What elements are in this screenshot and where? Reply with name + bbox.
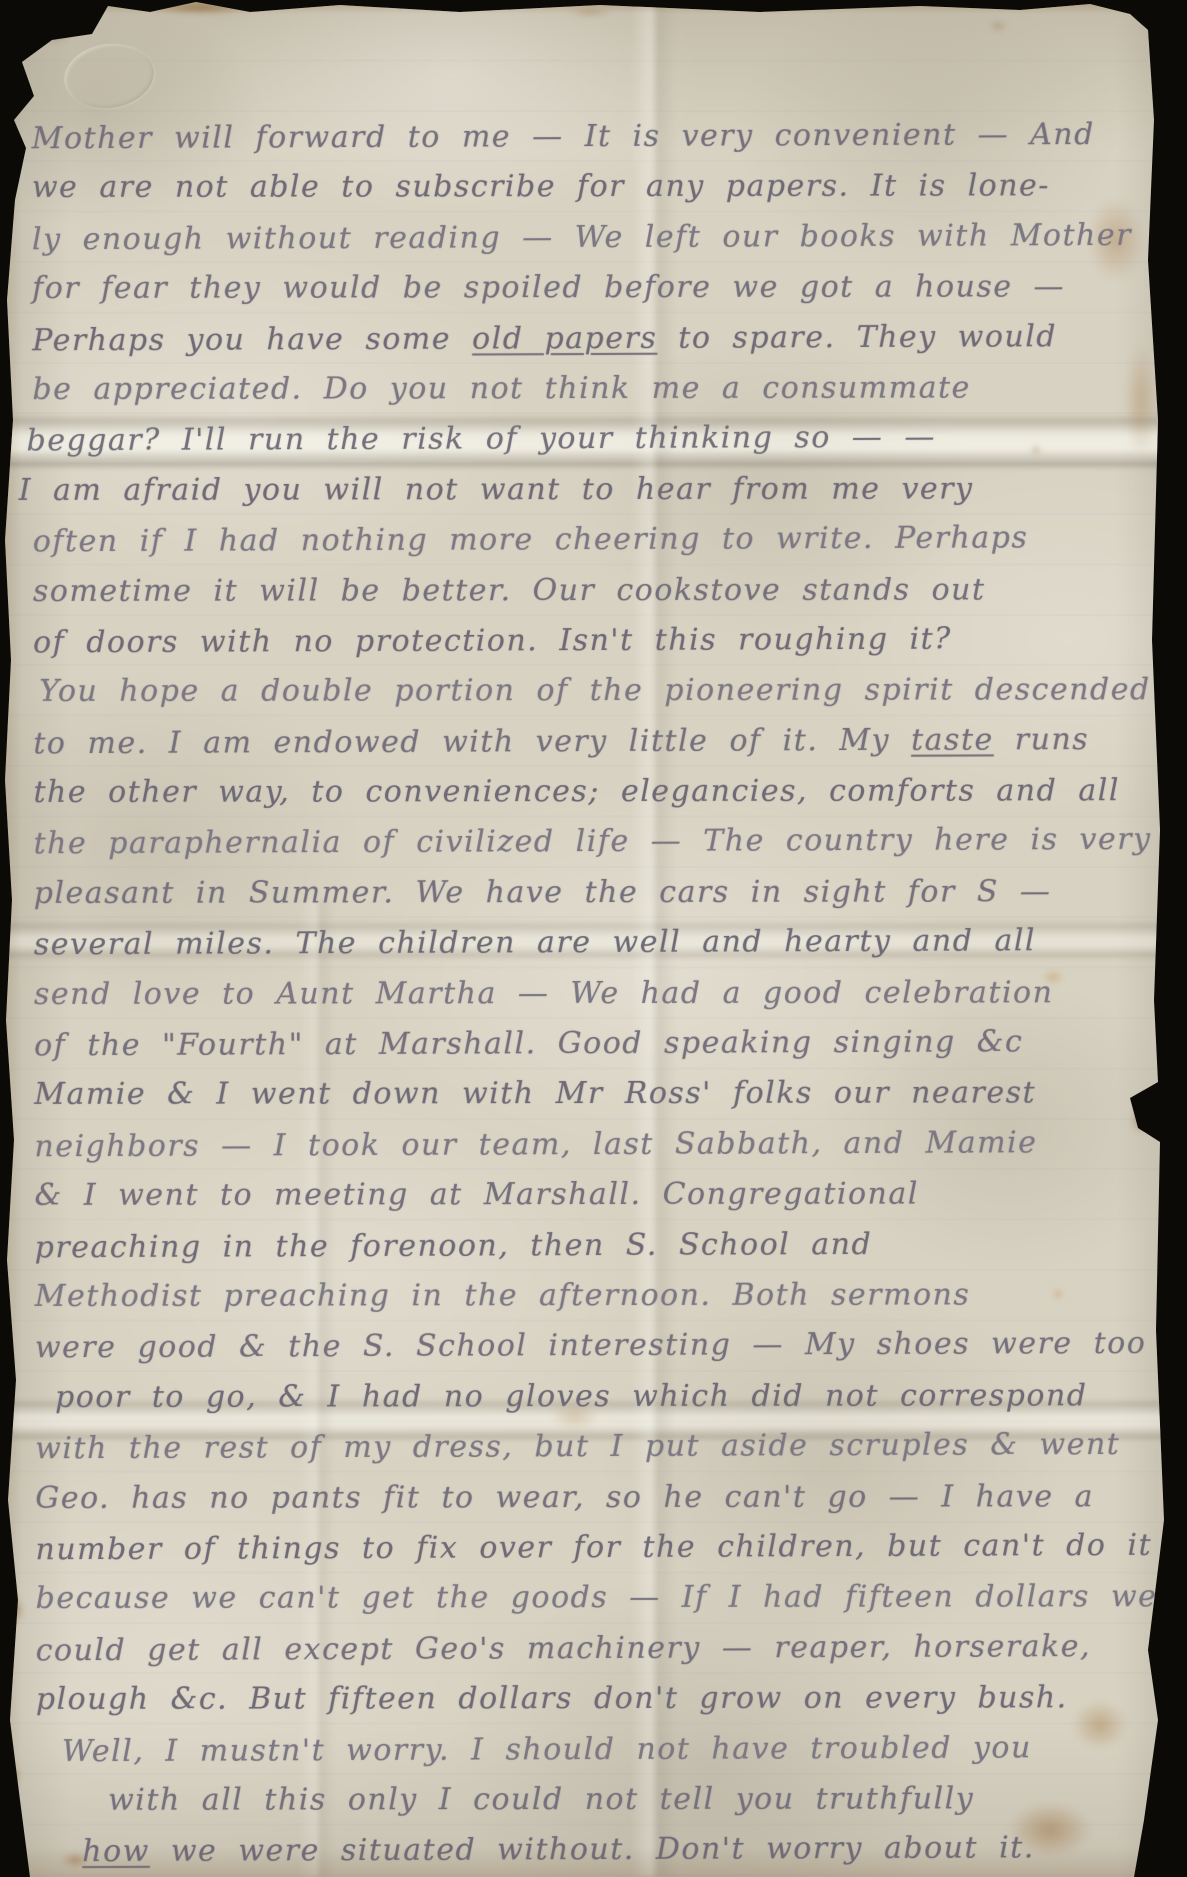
stain: [985, 18, 1011, 34]
letter-line: for fear they would be spoiled before we…: [32, 262, 1154, 314]
letter-line: the other way, to conveniences; eleganci…: [33, 766, 1155, 818]
letter-text: Mother will forward to me — It is very c…: [32, 111, 1159, 1877]
letter-line: Mother will forward to me — It is very c…: [32, 110, 1154, 165]
letter-line: could get all except Geo's machinery — r…: [36, 1621, 1158, 1676]
letter-line: because we can't get the goods — If I ha…: [36, 1572, 1158, 1624]
stain: [560, 6, 620, 18]
letter-line: be appreciated. Do you not think me a co…: [32, 363, 1154, 415]
letter-line: several miles. The children are well and…: [34, 916, 1156, 971]
letter-line: pleasant in Summer. We have the cars in …: [34, 867, 1156, 919]
letter-line: You hope a double portion of the pioneer…: [39, 665, 1155, 717]
letter-line: of the "Fourth" at Marshall. Good speaki…: [34, 1017, 1156, 1072]
letter-line: we are not able to subscribe for any pap…: [32, 162, 1154, 214]
letter-line: Methodist preaching in the afternoon. Bo…: [35, 1270, 1157, 1322]
stain: [18, 0, 88, 50]
letter-line: often if I had nothing more cheering to …: [33, 513, 1155, 568]
letter-line: poor to go, & I had no gloves which did …: [55, 1371, 1157, 1423]
letter-line: Well, I mustn't worry. I should not have…: [62, 1722, 1158, 1777]
letter-line: I am afraid you will not want to hear fr…: [19, 464, 1155, 516]
stain: [2, 1590, 28, 1630]
letter-line: ly enough without reading — We left our …: [32, 211, 1154, 266]
letter-line: preaching in the forenoon, then S. Schoo…: [35, 1218, 1157, 1273]
letter-line: sometime it will be better. Our cookstov…: [33, 565, 1155, 617]
letter-line: number of things to fix over for the chi…: [35, 1521, 1157, 1576]
letter-line: & I went to meeting at Marshall. Congreg…: [34, 1169, 1156, 1221]
letter-line: were good & the S. School interesting — …: [35, 1319, 1157, 1374]
paper-sheet: Mother will forward to me — It is very c…: [0, 0, 1187, 1877]
letter-line: Geo. has no pants fit to wear, so he can…: [35, 1472, 1157, 1524]
letter-line: neighbors — I took our team, last Sabbat…: [34, 1118, 1156, 1173]
stain: [4, 1760, 24, 1790]
letter-line: send love to Aunt Martha — We had a good…: [34, 968, 1156, 1020]
letter-line: the paraphernalia of civilized life — Th…: [34, 815, 1156, 870]
letter-line: with the rest of my dress, but I put asi…: [35, 1420, 1157, 1475]
letter-line: of doors with no protection. Isn't this …: [33, 614, 1155, 669]
letter-line: how we were situated without. Don't worr…: [82, 1823, 1158, 1877]
letter-line: to me. I am endowed with very little of …: [33, 714, 1155, 769]
stain: [130, 0, 270, 16]
letter-line: plough &c. But fifteen dollars don't gro…: [36, 1673, 1158, 1725]
letter-line: Mamie & I went down with Mr Ross' folks …: [34, 1069, 1156, 1121]
letter-line: Perhaps you have some old papers to spar…: [32, 311, 1154, 366]
letter-line: beggar? I'll run the risk of your thinki…: [26, 412, 1154, 467]
letter-line: with all this only I could not tell you …: [108, 1774, 1158, 1826]
scan-background: Mother will forward to me — It is very c…: [0, 0, 1187, 1877]
